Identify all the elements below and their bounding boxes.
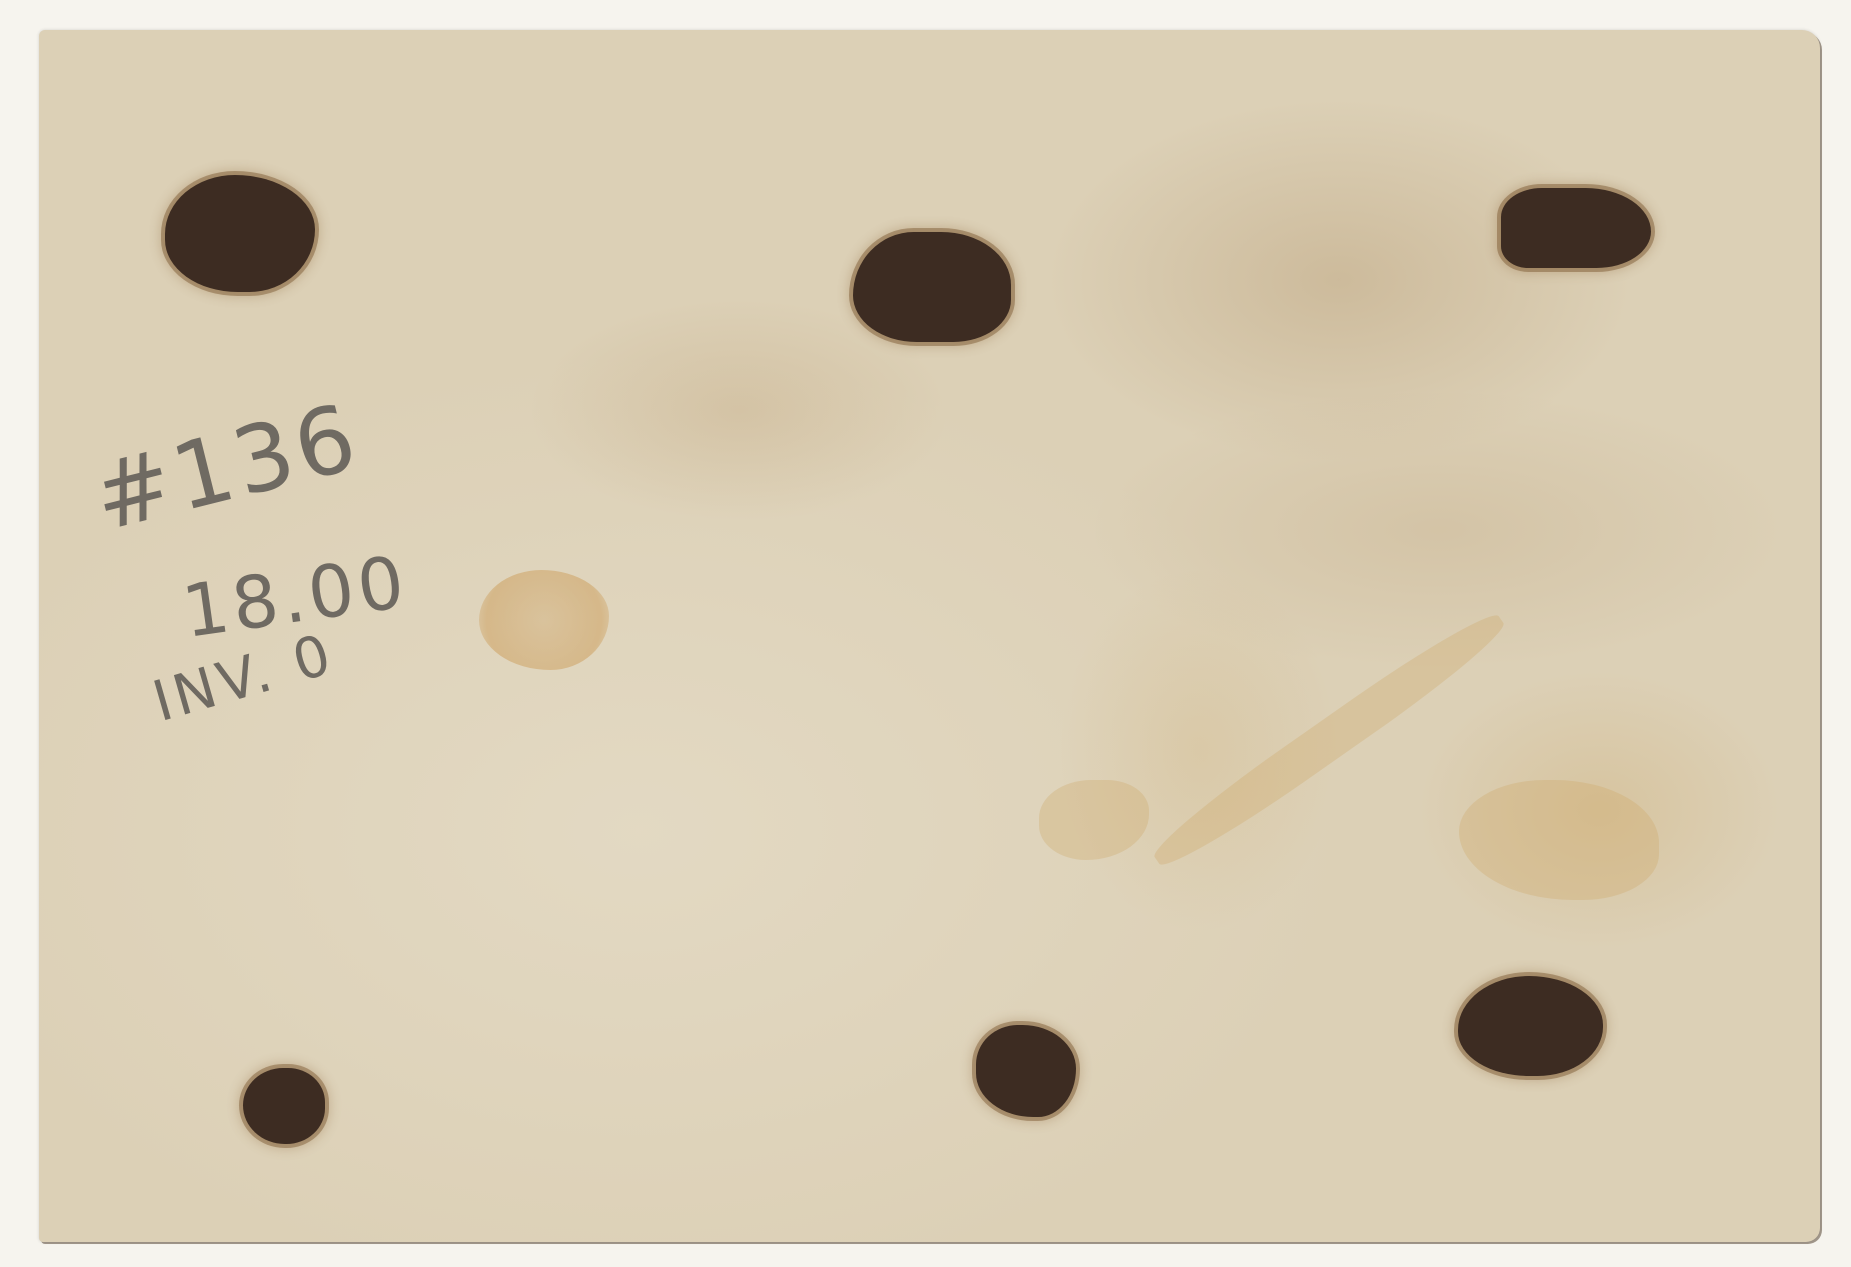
water-stain-patch-left [1039,780,1149,860]
dark-spot-top-left [165,175,315,292]
dark-spot-bottom-right [1458,976,1603,1076]
dark-spot-bottom-left [243,1068,325,1144]
water-stain-streak [1146,603,1513,877]
dark-spot-top-center [853,232,1011,342]
dark-spot-bottom-center [976,1025,1076,1117]
dark-spot-top-right [1501,188,1651,268]
pencil-note-number: #136 [83,383,370,552]
water-stain-splatter [479,570,609,670]
water-stain-patch [1459,780,1659,900]
card-back: #136 18.00 INV. 0 [39,30,1820,1242]
